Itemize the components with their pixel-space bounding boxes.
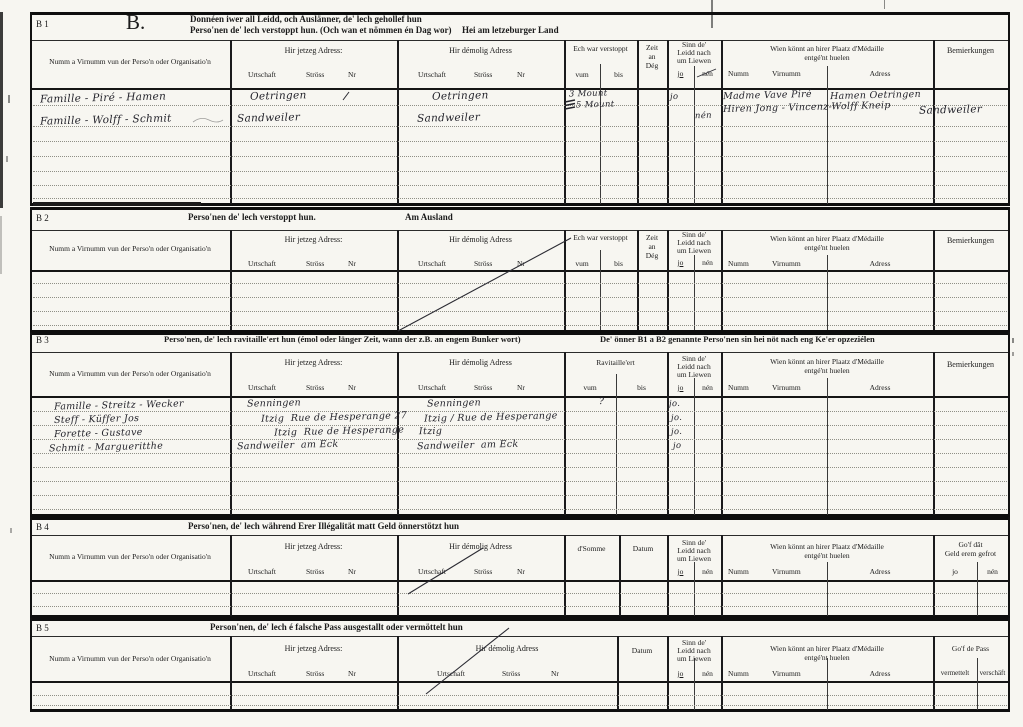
col-header-nr: Nr <box>348 670 356 678</box>
col-header-stross: Ströss <box>306 670 324 678</box>
col-header-virnumm: Virnumm <box>772 260 801 268</box>
section-title: Donnéen iwer all Leidd, och Auslänner, d… <box>190 15 422 24</box>
section-letter: B. <box>126 11 145 33</box>
col-header-addr-now: Hir jetzeg Adress: <box>230 645 397 653</box>
grid-line <box>230 40 232 204</box>
entry-addr-now: Oetringen <box>250 90 307 102</box>
grid-line <box>721 40 723 204</box>
col-header-name: Numm a Virnumm vun der Perso'n oder Orga… <box>32 553 228 561</box>
row-rule <box>33 439 1007 440</box>
col-header-addr-former: Hir démolig Adress <box>397 236 564 244</box>
grid-line <box>1008 332 1010 515</box>
grid-line <box>30 352 1010 353</box>
col-header-nen: nén <box>694 568 721 576</box>
col-header-adress: Adress <box>827 384 933 392</box>
entry-alive: jo <box>670 93 679 102</box>
entry-vum: ? <box>599 397 605 407</box>
row-rule <box>33 325 1007 326</box>
section-id: B 4 <box>36 523 49 532</box>
entry-addr-now: Sandweiler <box>237 112 300 124</box>
row-rule <box>33 126 1007 127</box>
col-header-zeit: Zeit <box>637 44 667 52</box>
col-header-medal: Wien könnt an hirer Plaatz d'Médaille <box>721 358 933 366</box>
scan-speck <box>1012 338 1014 343</box>
entry-medal-rest: Sandweiler <box>919 104 982 116</box>
col-header-zeit: Zeit <box>637 234 667 242</box>
col-header-bemierkungen: Bemierkungen <box>933 237 1008 245</box>
col-header-vum: vum <box>564 384 616 392</box>
grid-line <box>30 12 1010 15</box>
grid-line <box>30 396 1010 398</box>
entry-addr-now: Itzig Rue de Hesperange <box>274 425 404 438</box>
entry-alive: nén <box>695 112 712 121</box>
section-title-right: Hei am letzeburger Land <box>462 26 559 35</box>
row-rule <box>33 705 1007 706</box>
row-rule <box>33 283 1007 284</box>
col-header-medal: Wien könnt an hirer Plaatz d'Médaille <box>721 235 933 243</box>
entry-alive: jo <box>673 442 682 451</box>
col-header-name: Numm a Virnumm vun der Perso'n oder Orga… <box>32 245 228 253</box>
row-rule <box>33 467 1007 468</box>
col-header-stross: Ströss <box>306 568 324 576</box>
col-header-urtschaft: Urtschaft <box>248 260 276 268</box>
scanned-form-page: B 1 B. Donnéen iwer all Leidd, och Auslä… <box>0 0 1023 727</box>
row-rule <box>33 198 1007 199</box>
col-header-ravitailleert: Ravitaille'ert <box>564 359 667 367</box>
col-header-addr-now: Hir jetzeg Adress: <box>230 236 397 244</box>
grid-line <box>30 618 1010 621</box>
row-rule <box>33 606 1007 607</box>
col-header-urtschaft: Urtschaft <box>248 568 276 576</box>
col-header-medal: Wien könnt an hirer Plaatz d'Médaille <box>721 543 933 551</box>
col-header-addr-now: Hir jetzeg Adress: <box>230 47 397 55</box>
row-rule <box>33 495 1007 496</box>
entry-addr-former: Itzig <box>419 427 442 437</box>
col-header-nr: Nr <box>551 670 559 678</box>
grid-line <box>30 709 1010 712</box>
col-header-numm: Numm <box>728 384 749 392</box>
scan-speck <box>1012 352 1014 356</box>
col-header-numm: Numm <box>728 670 749 678</box>
col-header-adress: Adress <box>827 260 933 268</box>
section-title: Perso'nen, de' lech während Erer Illégal… <box>188 522 459 531</box>
section-id: B 2 <box>36 214 49 223</box>
grid-line <box>1008 12 1010 204</box>
section-title: Perso'nen de' lech verstoppt hun. <box>188 213 316 222</box>
col-header-jo: jo <box>667 259 694 267</box>
col-header-geld: Geld erem gefrot <box>933 550 1008 558</box>
col-header-urtschaft: Urtschaft <box>418 260 446 268</box>
grid-line <box>1008 207 1010 330</box>
row-rule <box>33 593 1007 594</box>
col-header-deg: Dég <box>637 252 667 260</box>
col-header-urtschaft: Urtschaft <box>418 71 446 79</box>
col-header-numm: Numm <box>728 260 749 268</box>
entry-name: Forette - Gustave <box>54 428 143 440</box>
entry-name: Steff - Küffer Jos <box>54 414 139 426</box>
col-header-numm: Numm <box>728 568 749 576</box>
col-header-verstoppt: Ech war verstoppt <box>564 234 637 242</box>
col-header-vermettelt: vermettelt <box>933 670 977 677</box>
row-rule <box>33 156 1007 157</box>
col-header-nr: Nr <box>348 384 356 392</box>
col-header-verschaft: verschäft <box>977 670 1008 677</box>
col-header-medal: entgé'nt huelen <box>721 654 933 662</box>
section-id: B 5 <box>36 624 49 633</box>
row-rule <box>33 185 1007 186</box>
stray-pen-tick <box>343 92 349 100</box>
col-header-geld: Go'f dât <box>933 541 1008 549</box>
grid-line <box>397 230 399 330</box>
grid-line <box>30 580 1010 582</box>
col-header-verstoppt: Ech war verstoppt <box>564 45 637 53</box>
grid-line <box>694 658 695 710</box>
col-header-somme: d'Somme <box>564 545 619 553</box>
col-header-sinn: um Liewen <box>667 555 721 563</box>
entry-alive: jo. <box>671 414 682 423</box>
col-header-name: Numm a Virnumm vun der Perso'n oder Orga… <box>32 58 228 66</box>
scan-speck <box>6 156 8 162</box>
col-header-datum: Datum <box>617 647 667 655</box>
col-header-stross: Ströss <box>306 384 324 392</box>
col-header-urtschaft: Urtschaft <box>248 71 276 79</box>
col-header-nen: nén <box>977 568 1008 576</box>
col-header-name: Numm a Virnumm vun der Perso'n oder Orga… <box>32 370 228 378</box>
row-rule <box>33 481 1007 482</box>
entry-addr-former: Senningen <box>427 398 481 409</box>
col-header-nr: Nr <box>348 260 356 268</box>
grid-line <box>30 535 1010 536</box>
col-header-adress: Adress <box>827 670 933 678</box>
grid-line <box>30 636 1010 637</box>
col-header-an: an <box>637 243 667 251</box>
scan-tick <box>884 0 885 9</box>
entry-addr-now: Sandweiler am Eck <box>237 440 339 452</box>
col-header-addr-former: Hir démolig Adress <box>397 543 564 551</box>
col-header-stross: Ströss <box>306 260 324 268</box>
col-header-nr: Nr <box>517 568 525 576</box>
grid-line <box>564 352 566 515</box>
col-header-name: Numm a Virnumm vun der Perso'n oder Orga… <box>32 655 228 663</box>
col-header-urtschaft: Urtschaft <box>248 670 276 678</box>
col-header-nr: Nr <box>517 71 525 79</box>
grid-line <box>564 230 566 330</box>
col-header-jo: jo <box>933 568 977 576</box>
row-rule <box>33 141 1007 142</box>
entry-addr-former: Sandweiler <box>417 112 480 124</box>
col-header-jo: jo <box>667 384 694 392</box>
col-header-sinn: um Liewen <box>667 247 721 255</box>
scan-speck <box>8 95 10 103</box>
grid-line <box>933 352 935 515</box>
col-header-stross: Ströss <box>502 670 520 678</box>
col-header-bemierkungen: Bemierkungen <box>933 361 1008 369</box>
col-header-medal: entgé'nt huelen <box>721 244 933 252</box>
grid-line <box>30 270 1010 272</box>
col-header-urtschaft: Urtschaft <box>248 384 276 392</box>
col-header-sinn: um Liewen <box>667 371 721 379</box>
col-header-urtschaft: Urtschaft <box>418 384 446 392</box>
col-header-jo: jo <box>667 670 694 678</box>
entry-addr-former: Itzig / Rue de Hesperange <box>424 411 558 424</box>
entry-addr-former: Sandweiler am Eck <box>417 440 519 452</box>
entry-medal-name: Hiren Jong - Vincenz-Wolff Kneip <box>723 101 891 115</box>
entry-alive: jo. <box>669 400 680 409</box>
col-header-sinn: um Liewen <box>667 655 721 663</box>
grid-line <box>827 66 828 204</box>
grid-line <box>827 658 828 710</box>
col-header-bis: bis <box>600 71 637 79</box>
col-header-virnumm: Virnumm <box>772 384 801 392</box>
col-header-stross: Ströss <box>474 71 492 79</box>
col-header-medal: Wien könnt an hirer Plaatz d'Médaille <box>721 645 933 653</box>
entry-medal-name: Madme Vave Piré <box>723 90 812 102</box>
grid-line <box>30 517 1010 520</box>
col-header-medal: entgé'nt huelen <box>721 552 933 560</box>
col-header-addr-now: Hir jetzeg Adress: <box>230 543 397 551</box>
empty-section-slash-b2 <box>398 238 571 331</box>
col-header-nen: nén <box>694 384 721 392</box>
section-id: B 1 <box>36 20 49 29</box>
entry-addr-now: Senningen <box>247 398 301 409</box>
col-header-bis: bis <box>616 384 667 392</box>
col-header-nen: nén <box>694 70 721 78</box>
col-header-virnumm: Virnumm <box>772 670 801 678</box>
entry-duration: 5 Mount <box>576 101 615 110</box>
col-header-jo: jo <box>667 70 694 78</box>
col-header-stross: Ströss <box>474 260 492 268</box>
col-header-pass: Go'f de Pass <box>933 645 1008 653</box>
col-header-stross: Ströss <box>474 568 492 576</box>
row-rule <box>33 453 1007 454</box>
col-header-adress: Adress <box>827 70 933 78</box>
grid-line <box>397 40 399 204</box>
section-title-right: De' önner B1 a B2 genannte Perso'nen sin… <box>600 335 875 344</box>
grid-line <box>30 332 32 515</box>
col-header-nr: Nr <box>517 260 525 268</box>
col-header-an: an <box>637 53 667 61</box>
section-title: Perso'nen, de' lech ravitaille'ert hun (… <box>164 335 521 344</box>
grid-line <box>33 202 201 206</box>
col-header-vum: vum <box>564 260 600 268</box>
section-title: Person'nen, de' lech é falsche Pass ausg… <box>210 623 463 632</box>
grid-line <box>977 658 978 710</box>
col-header-addr-former: Hir démolig Adress <box>397 645 617 653</box>
row-rule <box>33 311 1007 312</box>
col-header-datum: Datum <box>619 545 667 553</box>
grid-line <box>230 230 232 330</box>
row-rule <box>33 171 1007 172</box>
col-header-nen: nén <box>694 670 721 678</box>
col-header-bemierkungen: Bemierkungen <box>933 47 1008 55</box>
scan-edge-mark <box>0 216 2 274</box>
col-header-urtschaft: Urtschaft <box>418 568 446 576</box>
col-header-addr-former: Hir démolig Adress <box>397 359 564 367</box>
grid-line <box>30 618 32 710</box>
grid-line <box>616 374 617 515</box>
row-rule <box>33 297 1007 298</box>
grid-line <box>30 230 1010 231</box>
col-header-nr: Nr <box>348 71 356 79</box>
grid-line <box>30 40 1010 41</box>
col-header-addr-now: Hir jetzeg Adress: <box>230 359 397 367</box>
col-header-urtschaft: Urtschaft <box>437 670 465 678</box>
col-header-numm: Numm <box>728 70 749 78</box>
grid-line <box>30 517 32 616</box>
col-header-bis: bis <box>600 260 637 268</box>
col-header-sinn: um Liewen <box>667 57 721 65</box>
row-rule <box>33 509 1007 510</box>
col-header-virnumm: Virnumm <box>772 70 801 78</box>
row-rule <box>33 425 1007 426</box>
grid-line <box>1008 517 1010 616</box>
col-header-stross: Ströss <box>306 71 324 79</box>
entry-name: Famille - Piré - Hamen <box>40 91 166 105</box>
grid-line <box>600 64 601 204</box>
entry-addr-former: Oetringen <box>432 90 489 102</box>
col-header-nen: nén <box>694 259 721 267</box>
col-header-jo: jo <box>667 568 694 576</box>
col-header-medal: Wien könnt an hirer Plaatz d'Médaille <box>721 45 933 53</box>
section-title-right: Am Ausland <box>405 213 453 222</box>
col-header-nr: Nr <box>348 568 356 576</box>
grid-line <box>1008 618 1010 710</box>
grid-line <box>694 66 695 204</box>
entry-duration: 3 Mount <box>569 90 608 99</box>
col-header-medal: entgé'nt huelen <box>721 54 933 62</box>
scan-speck <box>10 528 12 533</box>
col-header-vum: vum <box>564 71 600 79</box>
grid-line <box>721 352 723 515</box>
entry-addr-now: Itzig Rue de Hesperange 27 <box>261 411 407 424</box>
col-header-stross: Ströss <box>474 384 492 392</box>
col-header-nr: Nr <box>517 384 525 392</box>
grid-line <box>230 352 232 515</box>
scan-edge-mark <box>0 12 3 208</box>
section-title: Perso'nen de' lech verstoppt hun. (Och w… <box>190 26 452 35</box>
row-rule <box>33 695 1007 696</box>
faint-pencil-squiggle <box>193 118 223 122</box>
grid-line <box>30 12 32 204</box>
grid-line <box>564 40 566 204</box>
grid-line <box>30 207 1010 210</box>
section-id: B 3 <box>36 336 49 345</box>
col-header-virnumm: Virnumm <box>772 568 801 576</box>
grid-line <box>30 681 1010 683</box>
col-header-deg: Dég <box>637 62 667 70</box>
empty-section-slash-b5 <box>426 628 509 694</box>
col-header-medal: entgé'nt huelen <box>721 367 933 375</box>
entry-alive: jo. <box>671 428 682 437</box>
grid-line <box>933 40 935 204</box>
col-header-addr-former: Hir démolig Adress <box>397 47 564 55</box>
col-header-adress: Adress <box>827 568 933 576</box>
